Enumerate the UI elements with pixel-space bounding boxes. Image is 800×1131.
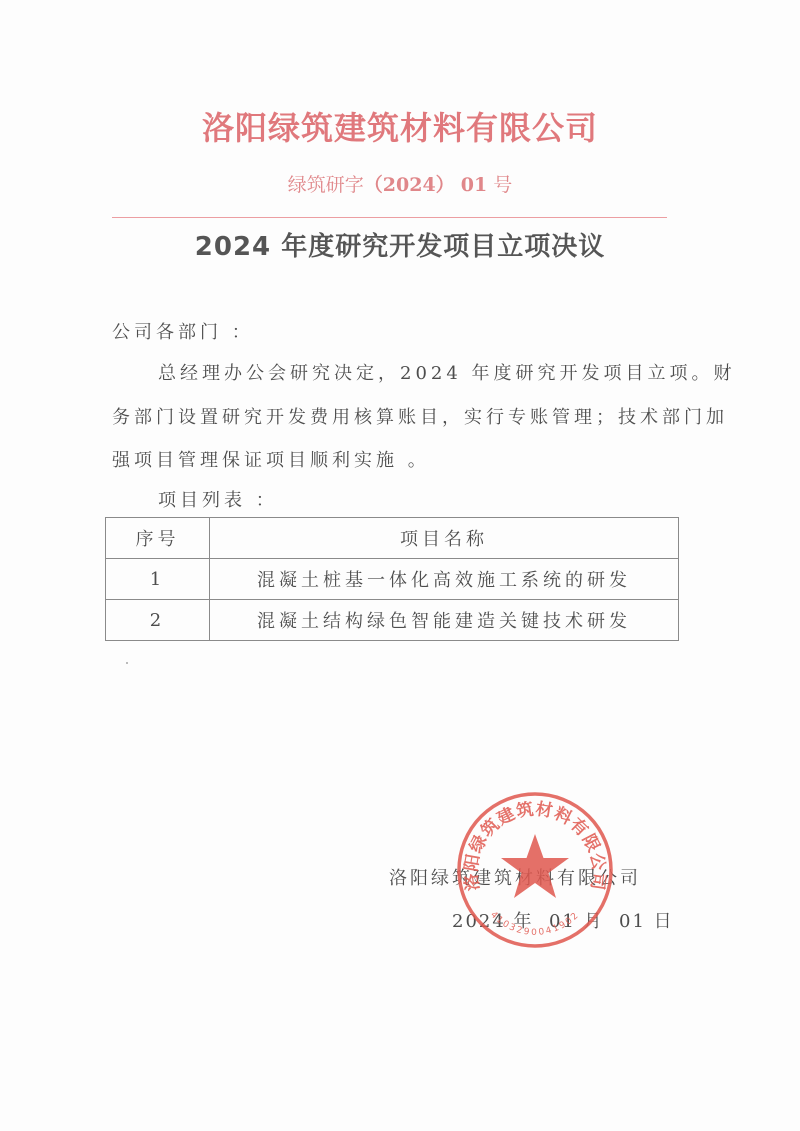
row-project-name: 混凝土结构绿色智能建造关键技术研发 (210, 600, 679, 641)
doc-number-suffix: 号 (493, 174, 512, 196)
svg-text:4103290041902: 4103290041902 (488, 910, 582, 938)
paragraph-line-2: 务部门设置研究开发费用核算账目，实行专账管理；技术部门加 (112, 403, 728, 429)
header-project-name: 项目名称 (210, 518, 679, 559)
paragraph-line-3: 强项目管理保证项目顺利实施 。 (112, 446, 430, 472)
doc-number-year: （2024） (364, 174, 455, 196)
row-index: 2 (106, 600, 210, 641)
table-row: 2 混凝土结构绿色智能建造关键技术研发 (106, 600, 679, 641)
seal-code: 4103290041902 (488, 910, 582, 938)
scan-speck (126, 662, 128, 664)
project-table: 序号 项目名称 1 混凝土桩基一体化高效施工系统的研发 2 混凝土结构绿色智能建… (105, 517, 679, 641)
salutation: 公司各部门 ： (112, 318, 254, 344)
doc-number-prefix: 绿筑研字 (288, 174, 364, 196)
company-letterhead: 洛阳绿筑建筑材料有限公司 (0, 103, 800, 149)
header-index: 序号 (106, 518, 210, 559)
table-header-row: 序号 项目名称 (106, 518, 679, 559)
row-index: 1 (106, 559, 210, 600)
project-list-label: 项目列表 ： (158, 486, 278, 512)
table-row: 1 混凝土桩基一体化高效施工系统的研发 (106, 559, 679, 600)
document-title: 2024 年度研究开发项目立项决议 (0, 226, 800, 263)
document-number: 绿筑研字（2024） 01 号 (0, 170, 800, 197)
paragraph-line-1: 总经理办公会研究决定，2024 年度研究开发项目立项。财 (158, 359, 736, 385)
header-divider (112, 217, 667, 218)
company-seal-icon: 洛阳绿筑建筑材料有限公司 4103290041902 (455, 790, 615, 950)
row-project-name: 混凝土桩基一体化高效施工系统的研发 (210, 559, 679, 600)
doc-number-no: 01 (461, 174, 487, 196)
